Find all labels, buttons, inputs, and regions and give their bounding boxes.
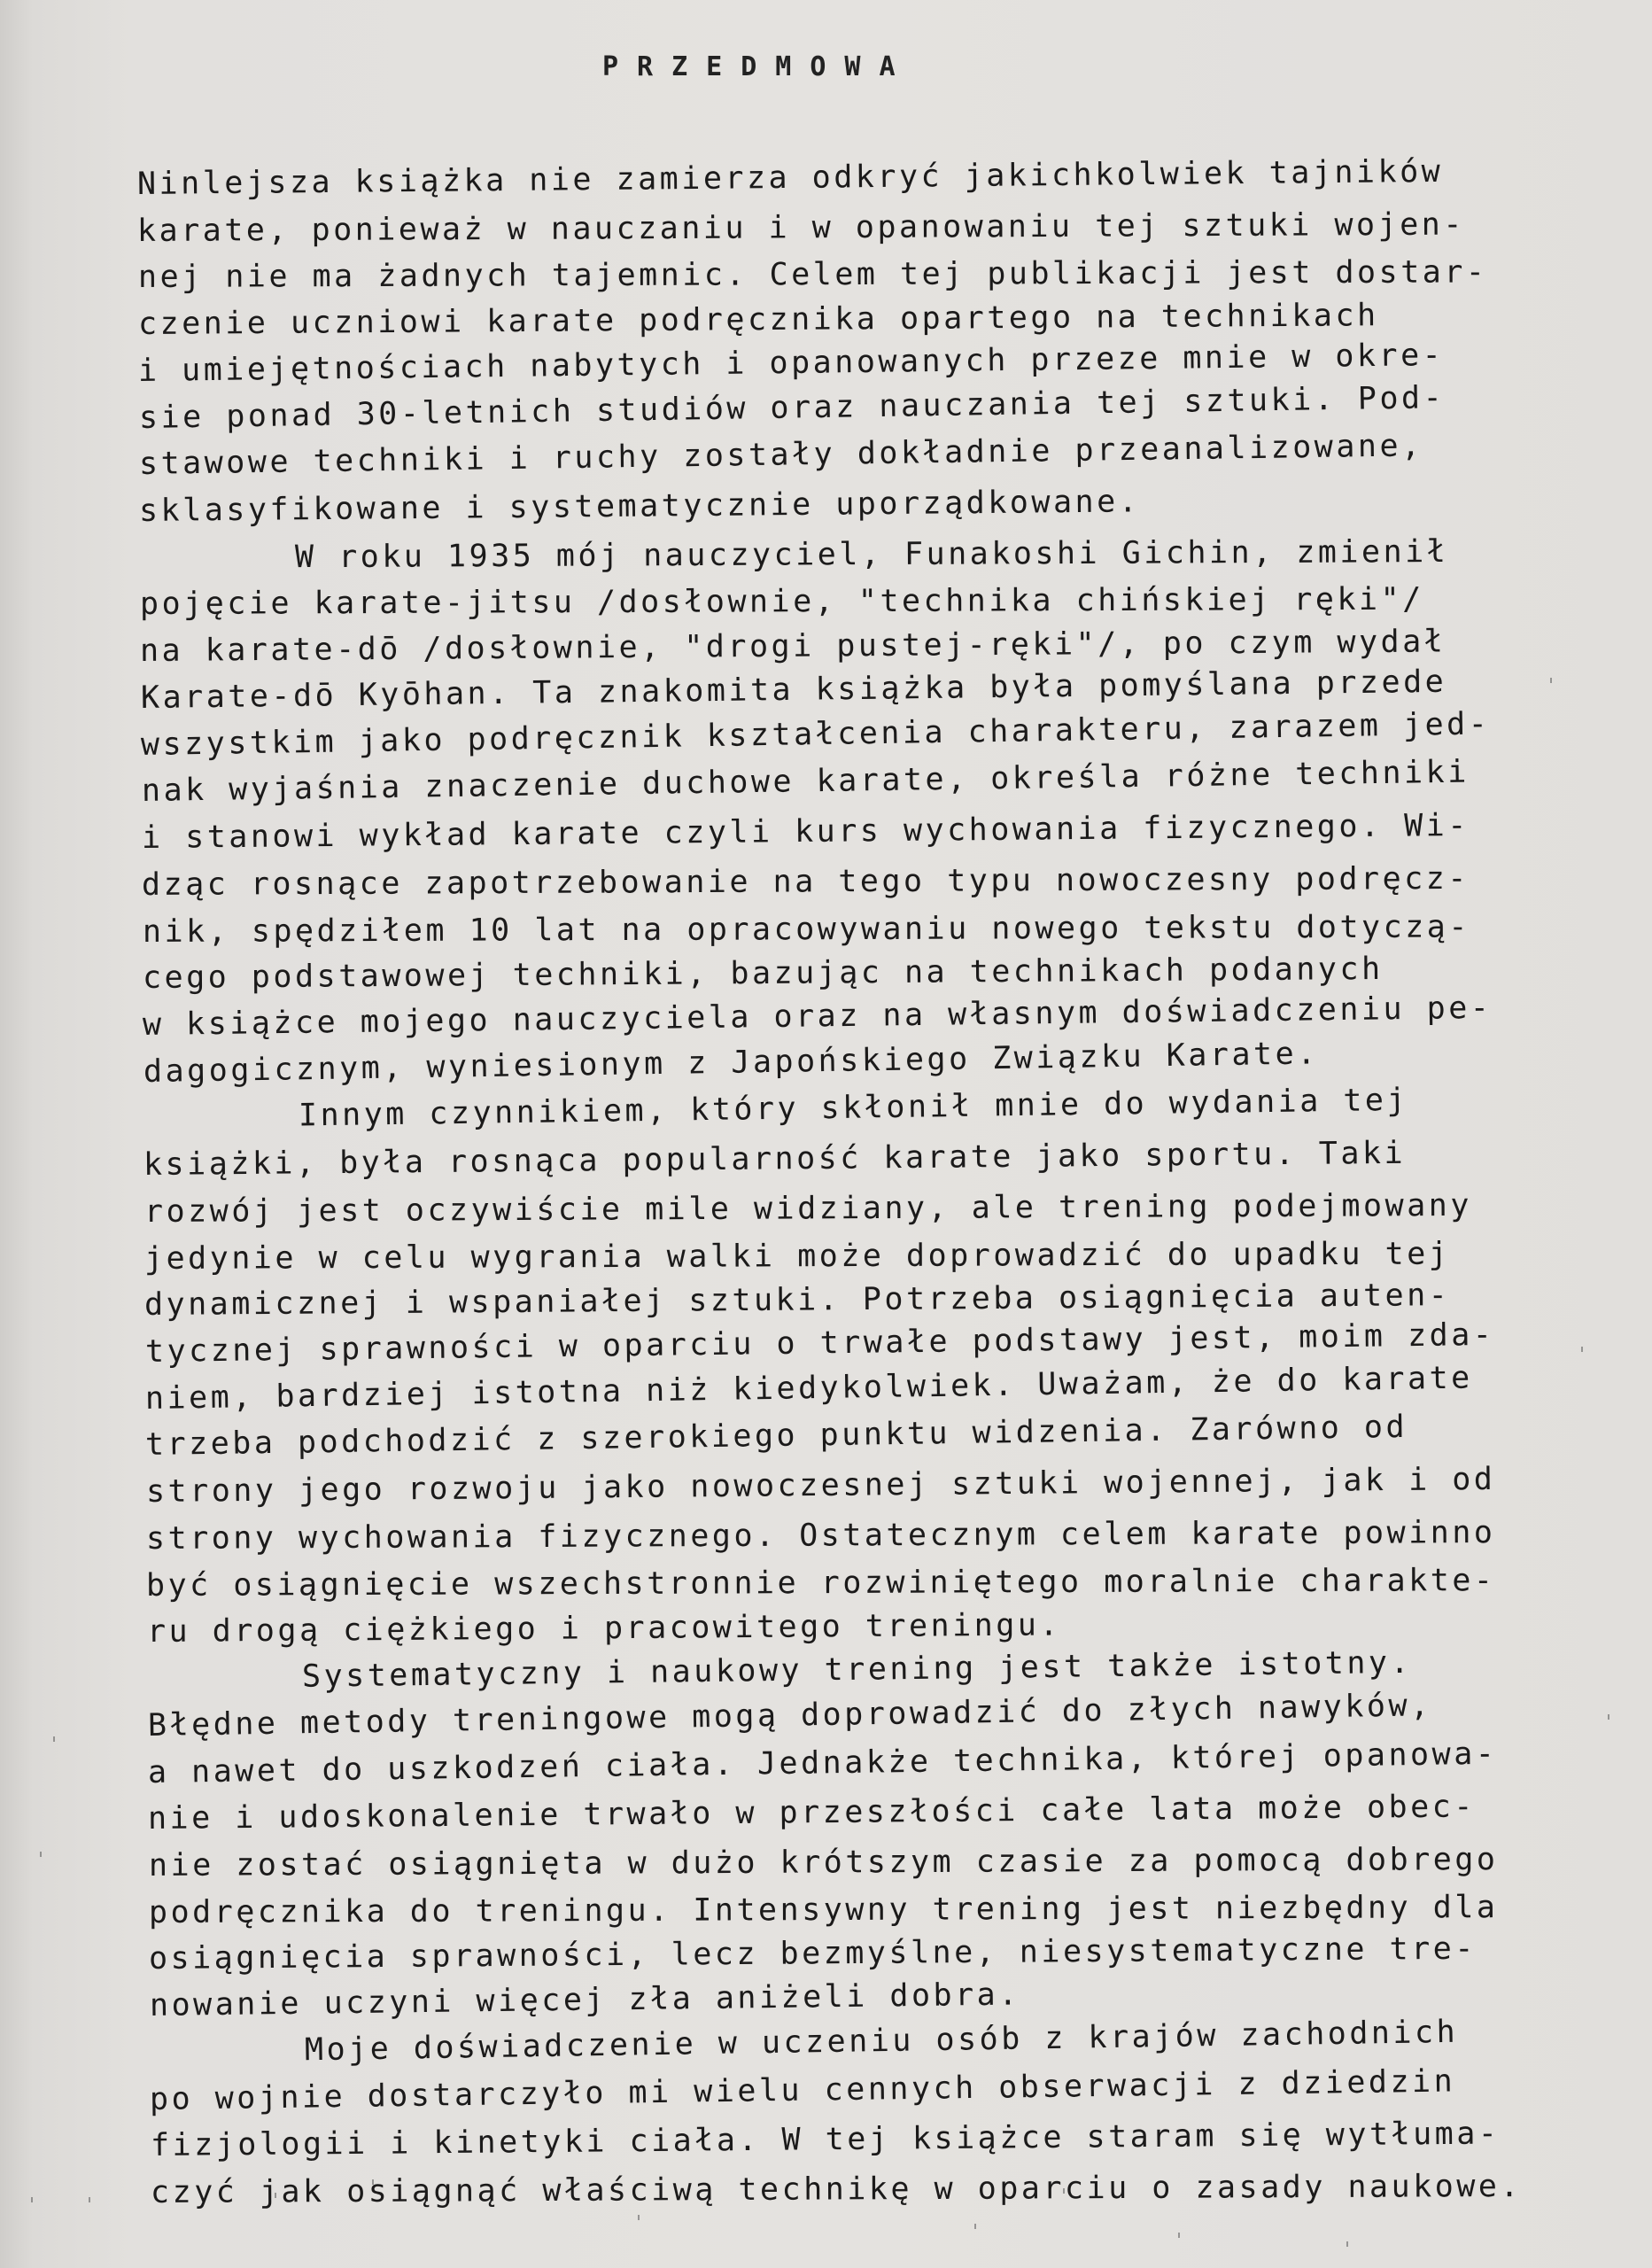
paper-speck bbox=[1581, 1347, 1583, 1352]
text-line: dząc rosnące zapotrzebowanie na tego typ… bbox=[142, 861, 1470, 903]
text-line: na karate-dō /dosłownie, "drogi pustej-r… bbox=[140, 625, 1446, 670]
text-line: ru drogą ciężkiego i pracowitego trening… bbox=[147, 1608, 1061, 1651]
text-line: czenie uczniowi karate podręcznika opart… bbox=[138, 298, 1379, 342]
text-line: podręcznika do treningu. Intensywny tren… bbox=[149, 1890, 1499, 1930]
text-line: stawowe techniki i ruchy zostały dokładn… bbox=[139, 429, 1423, 483]
text-line: Innym czynnikiem, który skłonił mnie do … bbox=[143, 1083, 1409, 1136]
text-line: w książce mojego nauczyciela oraz na wła… bbox=[143, 990, 1493, 1043]
text-line: rozwój jest oczywiście mile widziany, al… bbox=[144, 1188, 1472, 1230]
text-line: czyć jak osiągnąć właściwą technikę w op… bbox=[151, 2169, 1522, 2210]
paper-speck bbox=[638, 2215, 640, 2220]
text-line: nie zostać osiągnięta w dużo krótszym cz… bbox=[148, 1842, 1498, 1884]
text-line: nej nie ma żadnych tajemnic. Celem tej p… bbox=[138, 255, 1488, 296]
text-line: nik, spędziłem 10 lat na opracowywaniu n… bbox=[143, 909, 1470, 949]
paper-speck bbox=[1346, 2241, 1348, 2247]
text-line: nowanie uczyni więcej zła aniżeli dobra. bbox=[149, 1977, 1020, 2024]
text-line: cego podstawowej techniki, bazując na te… bbox=[143, 951, 1384, 996]
text-line: sie ponad 30-letnich studiów oraz naucza… bbox=[138, 380, 1445, 436]
paper-speck bbox=[53, 1736, 55, 1742]
text-line: strony wychowania fizycznego. Ostateczny… bbox=[146, 1515, 1496, 1557]
text-line: strony jego rozwoju jako nowoczesnej szt… bbox=[146, 1462, 1496, 1510]
text-line: być osiągnięcie wszechstronnie rozwinięt… bbox=[146, 1563, 1496, 1604]
text-line: i umiejętnościach nabytych i opanowanych… bbox=[138, 338, 1445, 389]
text-line: W roku 1935 mój nauczyciel, Funakoshi Gi… bbox=[140, 534, 1448, 576]
text-line: dynamicznej i wspaniałej sztuki. Potrzeb… bbox=[144, 1278, 1451, 1323]
paper-speck bbox=[89, 2197, 90, 2202]
paper-speck bbox=[40, 1852, 42, 1857]
paper-speck bbox=[275, 2193, 276, 2198]
text-line: nak wyjaśnia znaczenie duchowe karate, o… bbox=[141, 755, 1469, 809]
text-line: sklasyfikowane i systematycznie uporządk… bbox=[139, 484, 1141, 529]
paper-speck bbox=[1178, 2233, 1180, 2238]
text-line: fizjologii i kinetyki ciała. W tej książ… bbox=[150, 2117, 1500, 2164]
text-line: Ninlejsza książka nie zamierza odkryć ja… bbox=[137, 154, 1444, 202]
text-line: jedynie w celu wygrania walki może dopro… bbox=[144, 1236, 1450, 1276]
text-line: tycznej sprawności w oparciu o trwałe po… bbox=[144, 1317, 1494, 1370]
text-line: niem, bardziej istotna niż kiedykolwiek.… bbox=[145, 1360, 1473, 1417]
text-line: i stanowi wykład karate czyli kurs wycho… bbox=[142, 808, 1470, 856]
text-line: książki, była rosnąca popularność karate… bbox=[143, 1136, 1406, 1183]
text-line: nie i udoskonalenie trwało w przeszłości… bbox=[148, 1790, 1476, 1837]
paper-speck bbox=[1063, 2188, 1065, 2194]
text-line: Systematyczny i naukowy trening jest tak… bbox=[147, 1645, 1413, 1697]
paper-speck bbox=[1608, 1714, 1609, 1720]
text-line: osiągnięcia sprawności, lecz bezmyślne, … bbox=[149, 1931, 1477, 1977]
text-line: dagogicznym, wyniesionym z Japońskiego Z… bbox=[143, 1036, 1318, 1090]
text-line: a nawet do uszkodzeń ciała. Jednakże tec… bbox=[148, 1736, 1498, 1790]
text-line: Moje doświadczenie w uczeniu osób z kraj… bbox=[150, 2015, 1459, 2070]
text-line: trzeba podchodzić z szerokiego punktu wi… bbox=[145, 1410, 1408, 1463]
text-line: Błędne metody treningowe mogą doprowadzi… bbox=[147, 1688, 1431, 1744]
text-line: Karate-dō Kyōhan. Ta znakomita książka b… bbox=[141, 664, 1447, 716]
paper-speck bbox=[372, 2179, 374, 2185]
text-line: po wojnie dostarczyło mi wielu cennych o… bbox=[150, 2063, 1456, 2117]
document-page: PRZEDMOWA Ninlejsza książka nie zamierza… bbox=[0, 0, 1652, 2268]
paper-speck bbox=[1550, 678, 1552, 683]
paper-speck bbox=[974, 2224, 976, 2229]
text-line: wszystkim jako podręcznik kształcenia ch… bbox=[141, 706, 1491, 763]
page-title: PRZEDMOWA bbox=[602, 51, 914, 82]
text-line: pojęcie karate-jitsu /dosłownie, "techni… bbox=[140, 582, 1424, 622]
paper-speck bbox=[31, 2197, 33, 2202]
text-line: karate, ponieważ w nauczaniu i w opanowa… bbox=[137, 206, 1465, 248]
